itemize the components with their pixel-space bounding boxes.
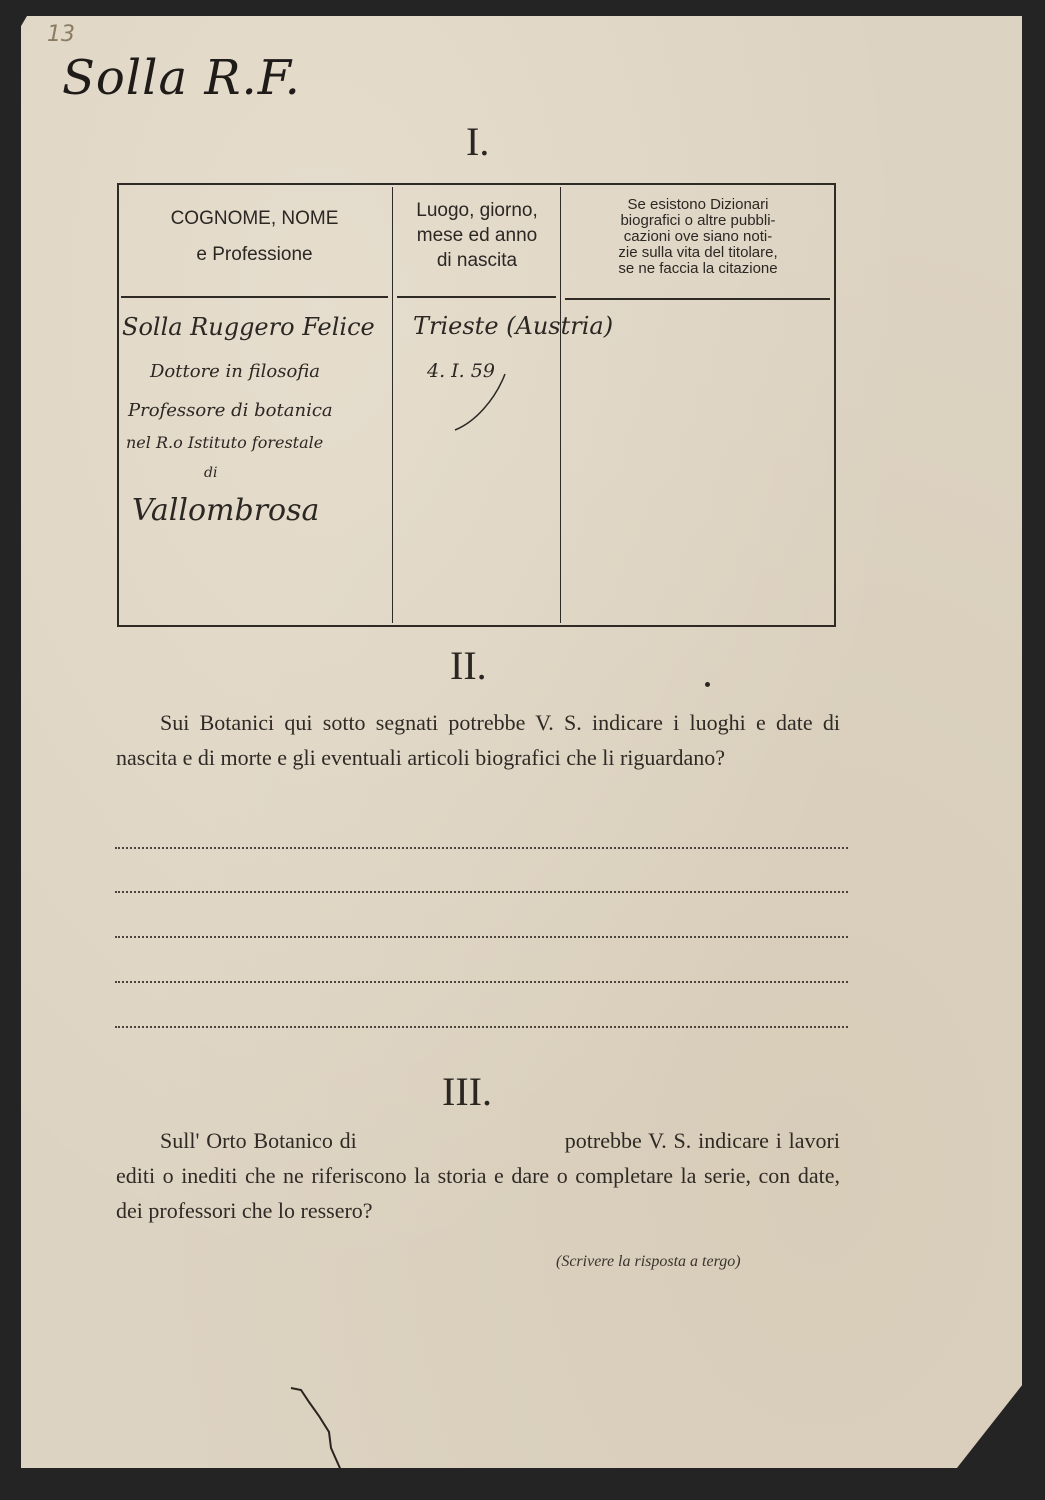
section-3-question: Sull' Orto Botanico dipotrebbe V. S. ind… <box>116 1123 840 1228</box>
section-3-numeral: III. <box>442 1068 492 1115</box>
table-column-divider <box>392 187 393 623</box>
section-2-question: Sui Botanici qui sotto segnati potrebbe … <box>116 705 840 775</box>
handwritten-signature: Solla R.F. <box>62 50 301 106</box>
paper-tear <box>289 1386 359 1486</box>
answer-line-5[interactable] <box>115 1026 848 1028</box>
reply-instruction: (Scrivere la risposta a tergo) <box>556 1253 741 1271</box>
answer-line-2[interactable] <box>115 891 848 893</box>
column-header-birth: Luogo, giorno, mese ed anno di nascita <box>397 198 557 273</box>
header-rule <box>121 296 388 298</box>
column-header-publications: Se esistono Dizionari biografici o altre… <box>565 197 831 277</box>
table-top-border <box>117 183 836 185</box>
ink-speck <box>705 682 710 687</box>
section-1-numeral: I. <box>466 118 489 165</box>
pencil-page-number: 13 <box>47 22 75 47</box>
pen-flourish <box>445 370 525 440</box>
table-column-divider <box>560 187 561 623</box>
table-right-border <box>834 183 836 627</box>
header-rule <box>565 298 830 300</box>
answer-line-4[interactable] <box>115 981 848 983</box>
answer-line-1[interactable] <box>115 847 848 849</box>
section-2-numeral: II. <box>450 642 487 689</box>
header-rule <box>397 296 556 298</box>
table-bottom-border <box>117 625 836 627</box>
answer-line-3[interactable] <box>115 936 848 938</box>
column-header-name: COGNOME, NOME e Professione <box>117 201 392 273</box>
